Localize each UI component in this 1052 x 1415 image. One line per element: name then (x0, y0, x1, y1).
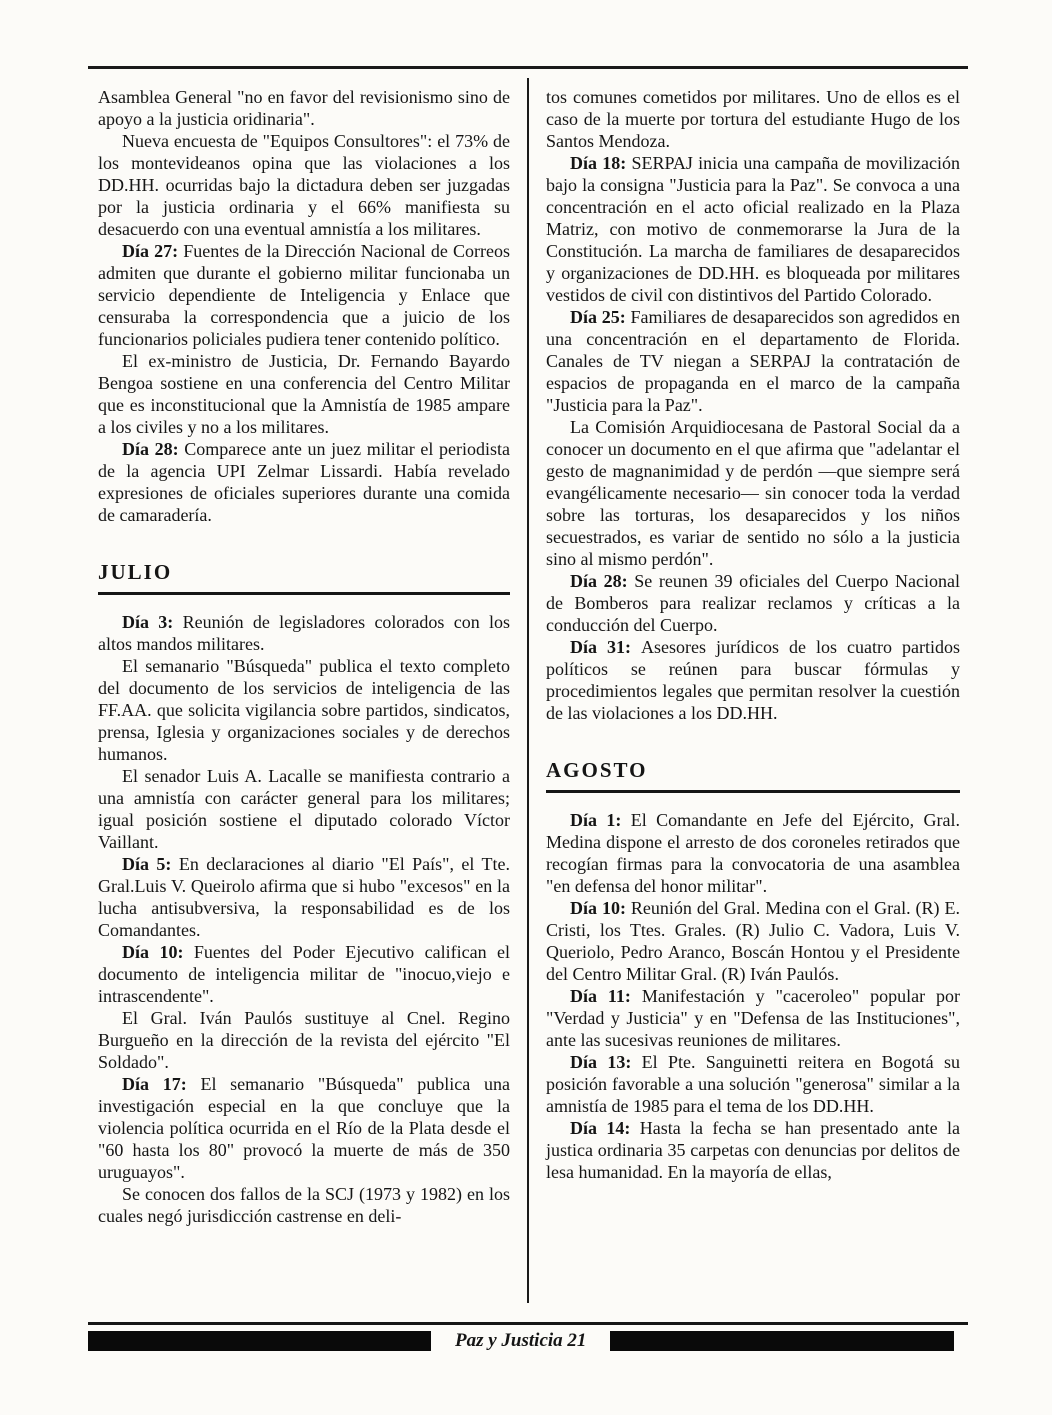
paragraph: Día 18: SERPAJ inicia una campaña de mov… (546, 152, 960, 306)
footer-left-bar (88, 1331, 431, 1351)
paragraph: El semanario "Búsqueda" publica el texto… (98, 655, 510, 765)
document-page: Asamblea General "no en favor del revisi… (0, 0, 1052, 1415)
day-label: Día 17: (122, 1074, 200, 1094)
paragraph: Día 14: Hasta la fecha se han presentado… (546, 1117, 960, 1183)
paragraph: Día 28: Comparece ante un juez militar e… (98, 438, 510, 526)
paragraph: Día 1: El Comandante en Jefe del Ejércit… (546, 809, 960, 897)
paragraph: Día 31: Asesores jurídicos de los cuatro… (546, 636, 960, 724)
day-label: Día 27: (122, 241, 183, 261)
paragraph: El Gral. Iván Paulós sustituye al Cnel. … (98, 1007, 510, 1073)
section-heading: JULIO (98, 562, 510, 595)
paragraph: Día 10: Fuentes del Poder Ejecutivo cali… (98, 941, 510, 1007)
paragraph: Asamblea General "no en favor del revisi… (98, 86, 510, 130)
day-label: Día 10: (570, 898, 631, 918)
paragraph: Día 28: Se reunen 39 oficiales del Cuerp… (546, 570, 960, 636)
paragraph: Se conocen dos fallos de la SCJ (1973 y … (98, 1183, 510, 1227)
page-footer: Paz y Justicia 21 (88, 1322, 968, 1352)
paragraph: Día 17: El semanario "Búsqueda" publica … (98, 1073, 510, 1183)
paragraph: Día 13: El Pte. Sanguinetti reitera en B… (546, 1051, 960, 1117)
section-heading: AGOSTO (546, 760, 960, 793)
day-label: Día 14: (570, 1118, 640, 1138)
footer-bars: Paz y Justicia 21 (88, 1330, 968, 1352)
day-label: Día 1: (570, 810, 631, 830)
paragraph: La Comisión Arquidiocesana de Pastoral S… (546, 416, 960, 570)
day-label: Día 25: (570, 307, 630, 327)
footer-rule (88, 1322, 968, 1325)
day-label: Día 5: (122, 854, 179, 874)
top-rule (88, 66, 968, 69)
paragraph: Día 25: Familiares de desaparecidos son … (546, 306, 960, 416)
footer-right-bar (610, 1331, 954, 1351)
paragraph: Nueva encuesta de "Equipos Consultores":… (98, 130, 510, 240)
day-label: Día 18: (570, 153, 632, 173)
right-column: tos comunes cometidos por militares. Uno… (546, 86, 960, 1183)
paragraph: El senador Luis A. Lacalle se manifiesta… (98, 765, 510, 853)
paragraph: tos comunes cometidos por militares. Uno… (546, 86, 960, 152)
paragraph: Día 10: Reunión del Gral. Medina con el … (546, 897, 960, 985)
day-label: Día 13: (570, 1052, 642, 1072)
day-label: Día 3: (122, 612, 183, 632)
paragraph: El ex-ministro de Justicia, Dr. Fernando… (98, 350, 510, 438)
paragraph: Día 5: En declaraciones al diario "El Pa… (98, 853, 510, 941)
day-label: Día 28: (570, 571, 634, 591)
day-label: Día 31: (570, 637, 641, 657)
day-label: Día 10: (122, 942, 194, 962)
column-divider (527, 78, 529, 1303)
left-column: Asamblea General "no en favor del revisi… (98, 86, 510, 1227)
paragraph: Día 3: Reunión de legisladores colorados… (98, 611, 510, 655)
page-number-label: Paz y Justicia 21 (431, 1330, 610, 1352)
paragraph: Día 11: Manifestación y "caceroleo" popu… (546, 985, 960, 1051)
day-label: Día 28: (122, 439, 184, 459)
day-label: Día 11: (570, 986, 642, 1006)
paragraph: Día 27: Fuentes de la Dirección Nacional… (98, 240, 510, 350)
